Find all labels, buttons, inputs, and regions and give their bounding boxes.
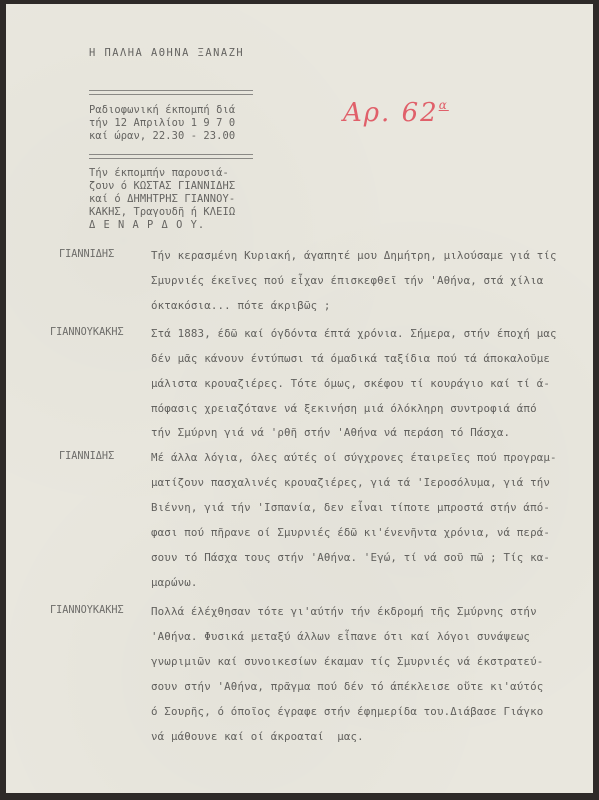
broadcast-line: καί ώραν, 22.30 - 23.00 [89,130,235,143]
dialogue-line: Πολλά έλέχθησαν τότε γι'αύτήν τήν έκδρομ… [151,605,537,618]
annotation-superscript: α [439,98,449,112]
dialogue-line: μάλιστα κρουαζιέρες. Τότε όμως, σκέφου τ… [151,377,550,390]
dialogue-line: νά μάθουνε καί οί άκροαταί μας. [151,730,364,743]
dialogue-line: 'Αθήνα. Φυσικά μεταξύ άλλων εἶπανε ότι κ… [151,630,530,643]
speaker-label: ΓΙΑΝΝΟΥΚΑΚΗΣ [50,327,124,338]
header-rule [89,154,253,159]
dialogue-line: φασι πού πῆρανε οί Σμυρνιές έδῶ κι'ένενῆ… [151,526,550,539]
presenters-line: ΚΑΚΗΣ, Τραγουδῆ ή ΚΛΕΙΩ [89,206,235,219]
annotation-text: Αρ. 62 [343,98,439,128]
speaker-label: ΓΙΑΝΝΙΔΗΣ [59,451,114,462]
dialogue-line: πόφασις χρειαζότανε νά ξεκινήση μιά όλόκ… [151,402,537,415]
header-rule [89,90,253,95]
dialogue-line: σουν στήν 'Αθήνα, πρᾶγμα πού δέν τό άπέκ… [151,680,543,693]
broadcast-line: Ραδιοφωνική έκπομπή διά [89,104,235,117]
presenters-line: καί ό ΔΗΜΗΤΡΗΣ ΓΙΑΝΝΟΥ- [89,193,235,206]
presenters-line: Δ Ε Ν Α Ρ Δ Ο Υ. [89,219,205,232]
dialogue-line: ματίζουν πασχαλινές κρουαζιέρες, γιά τά … [151,476,550,489]
presenters-line: Τήν έκπομπήν παρουσιά- [89,167,229,180]
dialogue-line: Βιέννη, γιά τήν 'Ισπανία, δεν εἶναι τίπο… [151,501,550,514]
dialogue-line: Μέ άλλα λόγια, όλες αύτές οί σύγχρονες έ… [151,451,557,464]
broadcast-line: τήν 12 Απριλίου 1 9 7 0 [89,117,235,130]
speaker-label: ΓΙΑΝΝΙΔΗΣ [59,249,114,260]
dialogue-line: σουν τό Πάσχα τους στήν 'Αθήνα. 'Εγώ, τί… [151,551,550,564]
dialogue-line: όκτακόσια... πότε άκριβῶς ; [151,299,331,312]
dialogue-line: μαρώνω. [151,576,198,589]
dialogue-line: τήν Σμύρνη γιά νά 'ρθῆ στήν 'Αθήνα νά πε… [151,426,510,439]
dialogue-line: Στά 1883, έδῶ καί όγδόντα έπτά χρόνια. Σ… [151,327,557,340]
handwritten-annotation: Αρ. 62α [343,98,449,128]
presenters-line: ζουν ό ΚΩΣΤΑΣ ΓΙΑΝΝΙΔΗΣ [89,180,235,193]
speaker-label: ΓΙΑΝΝΟΥΚΑΚΗΣ [50,605,124,616]
typewritten-page: Η ΠΑΛΗΑ ΑΘΗΝΑ ΞΑΝΑΖΗ Ραδιοφωνική έκπομπή… [6,4,593,793]
dialogue-line: δέν μᾶς κάνουν έντύπωσι τά όμαδικά ταξίδ… [151,352,550,365]
dialogue-line: γνωριμιῶν καί συνοικεσίων έκαμαν τίς Σμυ… [151,655,543,668]
document-title: Η ΠΑΛΗΑ ΑΘΗΝΑ ΞΑΝΑΖΗ [89,47,244,60]
dialogue-line: Σμυρνιές έκεῖνες πού εἶχαν έπισκεφθεῖ τή… [151,274,543,287]
dialogue-line: ό Σουρῆς, ό όποῖος έγραφε στήν έφημερίδα… [151,705,543,718]
dialogue-line: Τήν κερασμένη Κυριακή, άγαπητέ μου Δημήτ… [151,249,557,262]
